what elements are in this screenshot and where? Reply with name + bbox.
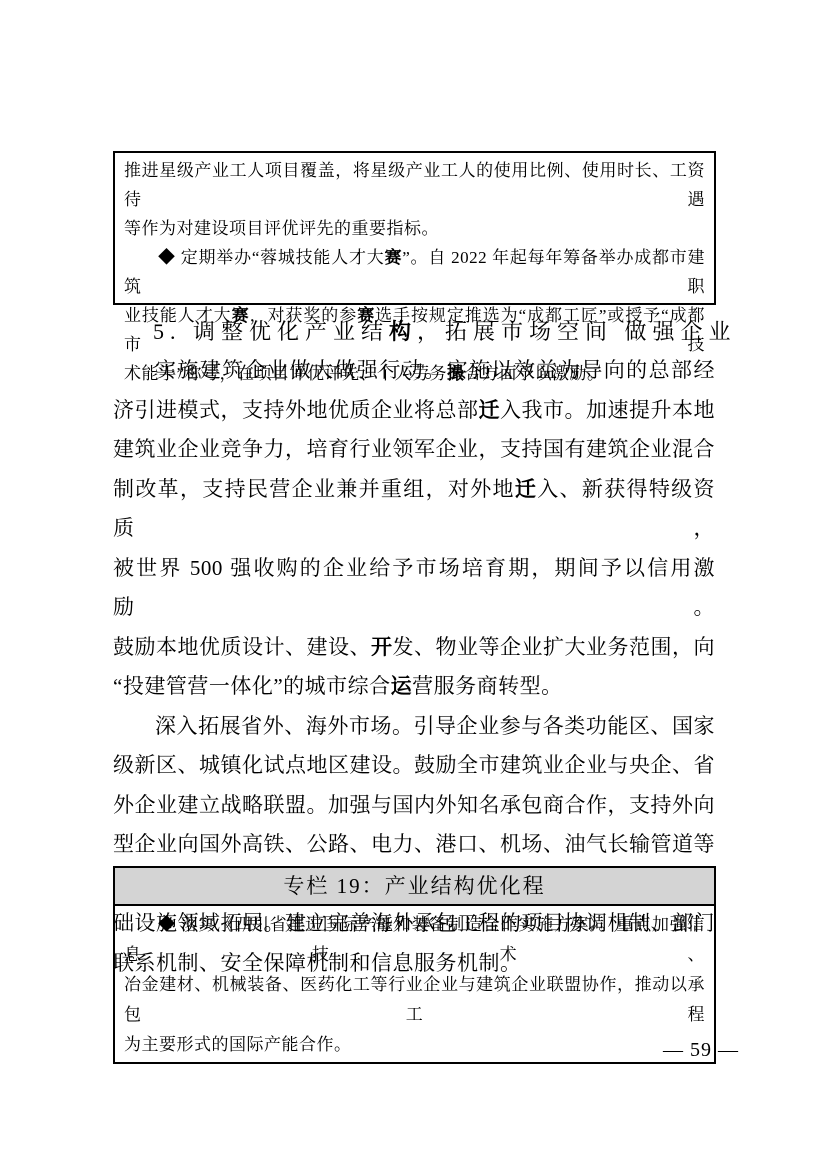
text-line: 5. 调整优化产业结构，拓展市场空间 做强企业 (153, 312, 753, 352)
callout-box-continuation: 推进星级产业工人项目覆盖，将星级产业工人的使用比例、使用时长、工资待遇等作为对建… (113, 151, 716, 305)
text-segment: 制改革，支持民营企业兼并重组，对外地 (113, 477, 515, 501)
document-page: 推进星级产业工人项目覆盖，将星级产业工人的使用比例、使用时长、工资待遇等作为对建… (0, 0, 827, 1169)
text-line: 外企业建立战略联盟。加强与国内外知名承包商合作，支持外向 (113, 786, 715, 826)
text-line: 实施建筑企业做大做强行动。实施以效益为导向的总部经 (113, 351, 715, 391)
text-line: ◆ 定期举办“蓉城技能人才大赛”。自 2022 年起每年筹备举办成都市建筑职 (124, 243, 705, 301)
bold-text-segment: 构 (389, 319, 417, 344)
text-segment: 级新区、城镇化试点地区建设。鼓励全市建筑业企业与央企、省 (113, 753, 715, 777)
text-segment: 深入拓展省外、海外市场。引导企业参与各类功能区、国家 (155, 714, 715, 738)
bold-text-segment: 运 (391, 674, 413, 698)
text-line: 级新区、城镇化试点地区建设。鼓励全市建筑业企业与央企、省 (113, 746, 715, 786)
text-segment: 实施建筑企业做大做强行动。实施以效益为导向的总部经 (155, 358, 715, 382)
text-segment: ◆ 定期举办“蓉城技能人才大 (158, 248, 384, 267)
text-line: 深入拓展省外、海外市场。引导企业参与各类功能区、国家 (113, 707, 715, 747)
bold-text-segment: 迁 (515, 477, 537, 501)
text-segment: ，拓展市场空间 做强企业 (417, 319, 737, 344)
text-segment: 等作为对建设项目评优评先的重要指标。 (124, 219, 439, 238)
text-segment: 鼓励本地优质设计、建设、 (113, 635, 371, 659)
text-segment: 建筑业企业竞争力，培育行业领军企业，支持国有建筑企业混合 (113, 437, 715, 461)
text-line: 鼓励本地优质设计、建设、开发、物业等企业扩大业务范围，向 (113, 628, 715, 668)
text-segment: 冶金建材、机械装备、医药化工等行业企业与建筑企业联盟协作，推动以承包工程 (124, 975, 705, 1024)
bold-text-segment: 迁 (479, 398, 501, 422)
text-segment: 入我市。加速提升本地 (500, 398, 715, 422)
bold-text-segment: 开 (371, 635, 393, 659)
text-line: 为主要形式的国际产能合作。 (124, 1030, 705, 1060)
callout-box-text: ◆ 落实《四川省推进国际产能和装备制造合作实施方案》。重点加强信息技术、冶金建材… (115, 906, 714, 1062)
text-line: ◆ 落实《四川省推进国际产能和装备制造合作实施方案》。重点加强信息技术、 (124, 910, 705, 970)
text-segment: 济引进模式，支持外地优质企业将总部 (113, 398, 479, 422)
paragraph: 实施建筑企业做大做强行动。实施以效益为导向的总部经济引进模式，支持外地优质企业将… (113, 351, 715, 707)
text-segment: 被世界 500 强收购的企业给予市场培育期，期间予以信用激励。 (113, 556, 715, 620)
text-line: 被世界 500 强收购的企业给予市场培育期，期间予以信用激励。 (113, 549, 715, 628)
callout-box-title: 专栏 19：产业结构优化程 (115, 868, 714, 906)
text-segment: 5. 调整优化产业结 (153, 319, 389, 344)
text-line: 济引进模式，支持外地优质企业将总部迁入我市。加速提升本地 (113, 391, 715, 431)
text-line: “投建管营一体化”的城市综合运营服务商转型。 (113, 667, 715, 707)
text-segment: 推进星级产业工人项目覆盖，将星级产业工人的使用比例、使用时长、工资待遇 (124, 161, 705, 209)
text-segment: “投建管营一体化”的城市综合 (113, 674, 391, 698)
text-line: 冶金建材、机械装备、医药化工等行业企业与建筑企业联盟协作，推动以承包工程 (124, 970, 705, 1030)
bold-text-segment: 赛 (384, 248, 402, 267)
text-segment: 营服务商转型。 (412, 674, 563, 698)
text-line: 推进星级产业工人项目覆盖，将星级产业工人的使用比例、使用时长、工资待遇 (124, 156, 705, 214)
text-segment: 外企业建立战略联盟。加强与国内外知名承包商合作，支持外向 (113, 793, 715, 817)
page-number: — 59 — (663, 1039, 739, 1062)
text-segment: 发、物业等企业扩大业务范围，向 (393, 635, 716, 659)
text-line: 等作为对建设项目评优评先的重要指标。 (124, 214, 705, 243)
callout-box-19: 专栏 19：产业结构优化程 ◆ 落实《四川省推进国际产能和装备制造合作实施方案》… (113, 866, 716, 1064)
text-segment: 为主要形式的国际产能合作。 (124, 1035, 352, 1054)
section-heading: 5. 调整优化产业结构，拓展市场空间 做强企业 (153, 312, 753, 352)
text-segment: ◆ 落实《四川省推进国际产能和装备制造合作实施方案》。重点加强信息技术、 (124, 915, 705, 964)
text-line: 建筑业企业竞争力，培育行业领军企业，支持国有建筑企业混合 (113, 430, 715, 470)
text-line: 制改革，支持民营企业兼并重组，对外地迁入、新获得特级资质， (113, 470, 715, 549)
